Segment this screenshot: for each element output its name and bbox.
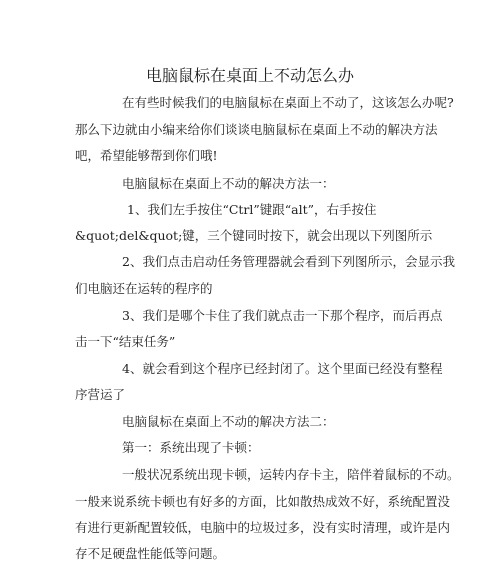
- paragraph-line: 3、我们是哪个卡住了我们就点击一下那个程序，而后再点: [122, 308, 442, 324]
- paragraph-line: 1、我们左手按住“Ctrl”键跟“alt”，右手按住: [127, 202, 377, 218]
- paragraph-line: 第一：系统出现了卡顿：: [122, 440, 260, 456]
- paragraph-line: 4、就会看到这个程序已经封闭了。这个里面已经没有整程: [122, 361, 442, 377]
- paragraph-line: 一般来说系统卡顿也有好多的方面，比如散热成效不好，系统配置没: [75, 494, 450, 510]
- paragraph-line: 存不足硬盘性能低等问题。: [75, 546, 225, 562]
- paragraph-line: 们电脑还在运转的程序的: [75, 281, 213, 297]
- paragraph-line: 电脑鼠标在桌面上不动的解决方法一：: [122, 176, 335, 192]
- paragraph-line: 击一下“结束任务”: [75, 334, 175, 350]
- paragraph-line: 电脑鼠标在桌面上不动的解决方法二：: [122, 414, 335, 430]
- document-title: 电脑鼠标在桌面上不动怎么办: [0, 66, 500, 86]
- paragraph-line: &quot;del&quot;键，三个键同时按下，就会出现以下列图所示: [75, 228, 432, 244]
- paragraph-line: 一般状况系统出现卡顿，运转内存卡主，陪伴着鼠标的不动。: [122, 467, 460, 483]
- paragraph-line: 吧，希望能够帮到你们哦!: [75, 148, 218, 164]
- paragraph-line: 序营运了: [75, 387, 125, 403]
- paragraph-line: 有进行更新配置较低，电脑中的垃圾过多，没有实时清理，或许是内: [75, 520, 450, 536]
- paragraph-line: 那么下边就由小编来给你们谈谈电脑鼠标在桌面上不动的解决方法: [75, 122, 438, 138]
- paragraph-line: 2、我们点击启动任务管理器就会看到下列图所示，会显示我: [122, 254, 455, 270]
- paragraph-line: 在有些时候我们的电脑鼠标在桌面上不动了，这该怎么办呢?: [122, 95, 454, 111]
